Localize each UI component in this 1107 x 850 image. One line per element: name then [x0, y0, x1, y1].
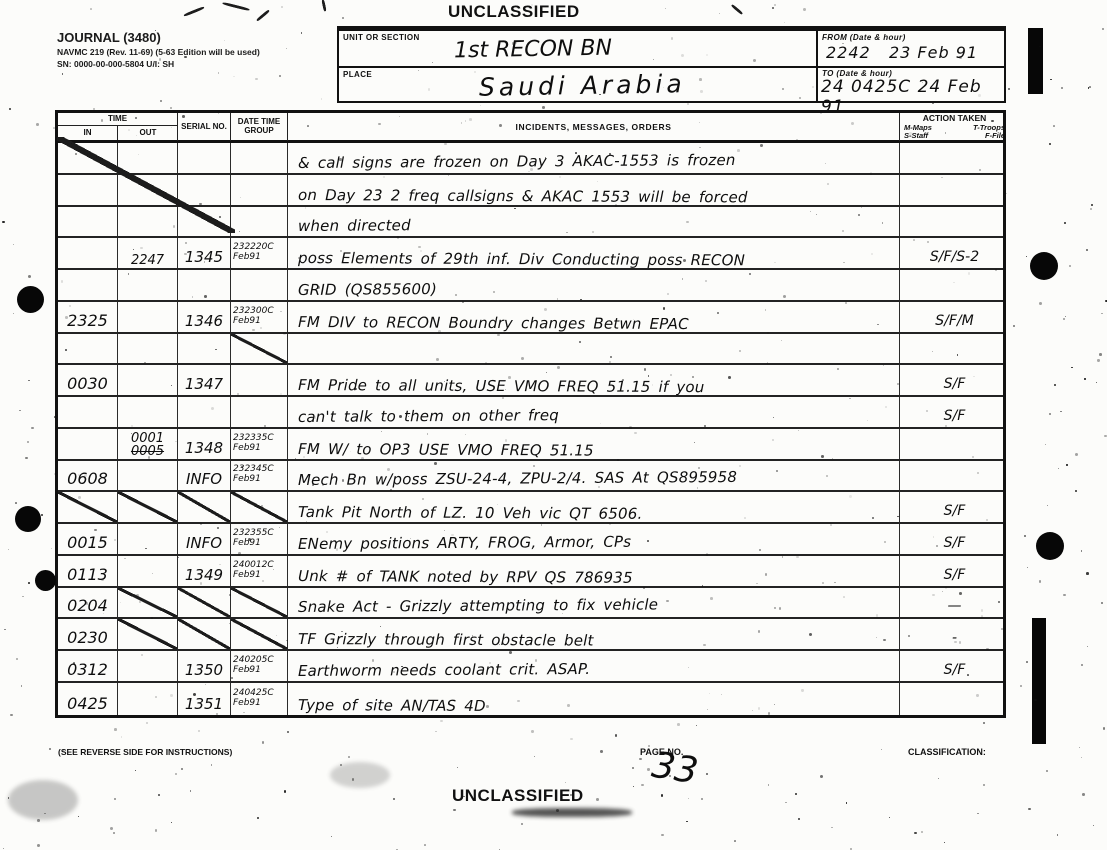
cell-date-time-group: 240012CFeb91 [231, 556, 288, 586]
cell-date-time-group: 232220CFeb91 [231, 238, 288, 268]
table-body: & call signs are frozen on Day 3 AKAC-15… [58, 143, 1003, 715]
cell-time-in: 0425 [58, 683, 118, 715]
divider-line [339, 66, 816, 68]
cell-date-time-group [231, 143, 288, 173]
cell-date-time-group [231, 492, 288, 522]
message-text: FM DIV to RECON Boundry changes Betwn EP… [298, 313, 689, 333]
cell-time-out [118, 397, 178, 427]
divider-line [818, 66, 1004, 68]
cell-time-out [118, 302, 178, 332]
cell-serial-no [178, 270, 231, 300]
message-text: Tank Pit North of LZ. 10 Veh vic QT 6506… [298, 503, 642, 523]
cell-date-time-group: 232355CFeb91 [231, 524, 288, 554]
cell-action-taken: S/F [900, 651, 1009, 681]
serial-value: 1351 [185, 695, 223, 713]
unit-section-value: 1st RECON BN [454, 36, 612, 64]
cell-time-in: 0204 [58, 588, 118, 618]
cell-date-time-group [231, 619, 288, 649]
cell-time-out [118, 365, 178, 395]
action-value: S/F [944, 408, 966, 424]
cell-message: Mech Bn w/poss ZSU-24-4, ZPU-2/4. SAS At… [288, 461, 900, 491]
message-text: on Day 23 2 freq callsigns & AKAC 1553 w… [298, 186, 748, 206]
time-in-value: 0113 [67, 565, 108, 584]
pen-scribble [183, 6, 205, 17]
from-value: 2242 23 Feb 91 [826, 43, 978, 62]
journal-row: GRID (QS855600) [58, 270, 1003, 302]
journal-row: 00010005 1348 232335CFeb91 FM W/ to OP3 … [58, 429, 1003, 461]
dtg-line2: Feb91 [233, 539, 287, 549]
cell-time-in: 0608 [58, 461, 118, 491]
time-out-value: 2247 [131, 254, 164, 267]
message-text: FM W/ to OP3 USE VMO FREQ 51.15 [298, 440, 594, 460]
hole-punch [35, 570, 56, 591]
scan-smudge [8, 780, 78, 820]
cell-message: Earthworm needs coolant crit. ASAP. [288, 651, 900, 681]
time-in-value: 0312 [67, 660, 108, 679]
cell-serial-no: 1349 [178, 556, 231, 586]
message-text: Mech Bn w/poss ZSU-24-4, ZPU-2/4. SAS At… [298, 468, 737, 489]
action-value: S/F [944, 662, 966, 678]
unit-place-column: UNIT OR SECTION 1st RECON BN PLACE Saudi… [339, 31, 818, 101]
journal-row: 0113 1349 240012CFeb91 Unk # of TANK not… [58, 556, 1003, 588]
time-in-value: 0608 [67, 469, 108, 488]
cell-time-out [118, 461, 178, 491]
cell-serial-no [178, 492, 231, 522]
cell-action-taken: S/F [900, 492, 1009, 522]
action-value: - [952, 630, 957, 646]
cell-time-in [58, 334, 118, 364]
cell-date-time-group [231, 207, 288, 237]
message-text: FM Pride to all units, USE VMO FREQ 51.1… [298, 376, 705, 396]
cell-time-in: 0030 [58, 365, 118, 395]
cell-serial-no [178, 207, 231, 237]
message-text: poss Elements of 29th inf. Div Conductin… [298, 249, 745, 269]
action-value: S/F/S-2 [930, 249, 979, 265]
cell-time-out [118, 143, 178, 173]
cell-action-taken [900, 175, 1009, 205]
message-text: can't talk to them on other freq [298, 406, 559, 426]
cell-message: TF Grizzly through first obstacle belt [288, 619, 900, 649]
cell-time-in [58, 492, 118, 522]
cell-action-taken: — [900, 588, 1009, 618]
table-header: TIME IN OUT SERIAL NO. DATE TIME GROUP I… [58, 113, 1003, 143]
place-value: Saudi Arabia [479, 69, 686, 102]
classification-banner-top: UNCLASSIFIED [448, 2, 580, 22]
instructions-note: (SEE REVERSE SIDE FOR INSTRUCTIONS) [58, 747, 232, 757]
cell-date-time-group [231, 270, 288, 300]
cell-message: GRID (QS855600) [288, 270, 900, 300]
journal-row: 0312 1350 240205CFeb91 Earthworm needs c… [58, 651, 1003, 683]
header-serial: SERIAL NO. [178, 113, 231, 141]
cell-time-out [118, 175, 178, 205]
scanned-journal-page: UNCLASSIFIED UNCLASSIFIED JOURNAL (3480)… [0, 0, 1107, 850]
scan-smudge [330, 762, 390, 788]
cell-time-in: 0015 [58, 524, 118, 554]
cell-time-out [118, 619, 178, 649]
header-incidents: INCIDENTS, MESSAGES, ORDERS [288, 113, 900, 141]
page-number-value: 33 [649, 745, 701, 793]
scan-edge-artifact [1032, 618, 1046, 744]
cell-serial-no [178, 397, 231, 427]
cell-time-out [118, 207, 178, 237]
hole-punch [17, 286, 44, 313]
cell-action-taken [900, 143, 1009, 173]
cell-date-time-group: 232345CFeb91 [231, 461, 288, 491]
time-out-value: 0001 [131, 432, 164, 445]
unit-section-label: UNIT OR SECTION [343, 33, 420, 42]
cell-message: Unk # of TANK noted by RPV QS 786935 [288, 556, 900, 586]
cell-action-taken: S/F/M [900, 302, 1009, 332]
form-title: JOURNAL (3480) [57, 30, 332, 45]
hole-punch [1030, 252, 1058, 280]
dtg-line2: Feb91 [233, 317, 287, 327]
cell-time-in [58, 238, 118, 268]
time-in-value: 0030 [67, 374, 108, 393]
journal-row: 2325 1346 232300CFeb91 FM DIV to RECON B… [58, 302, 1003, 334]
from-to-column: FROM (Date & hour) 2242 23 Feb 91 TO (Da… [818, 31, 1004, 101]
header-action-taken: ACTION TAKEN M-Maps T-Troops S-Staff F-F… [900, 113, 1009, 141]
cell-action-taken: S/F [900, 365, 1009, 395]
cell-serial-no: 1351 [178, 683, 231, 715]
action-value: S/F [944, 376, 966, 392]
message-text: Earthworm needs coolant crit. ASAP. [298, 660, 590, 680]
header-time: TIME IN OUT [58, 113, 178, 141]
cell-message: Type of site AN/TAS 4D [288, 683, 900, 715]
header-time-out: OUT [118, 126, 178, 140]
serial-value: 1348 [185, 439, 223, 457]
cell-time-out [118, 270, 178, 300]
legend-staff: S-Staff [904, 132, 928, 141]
pen-scribble [222, 2, 250, 12]
journal-row: when directed [58, 207, 1003, 239]
cell-time-out [118, 588, 178, 618]
cell-message: FM DIV to RECON Boundry changes Betwn EP… [288, 302, 900, 332]
classification-banner-bottom: UNCLASSIFIED [452, 786, 584, 806]
cell-action-taken [900, 429, 1009, 459]
action-value: S/F [944, 503, 966, 519]
message-text: GRID (QS855600) [298, 280, 437, 299]
serial-value: 1350 [185, 661, 223, 679]
dtg-line2: Feb91 [233, 699, 287, 709]
header-box: UNIT OR SECTION 1st RECON BN PLACE Saudi… [337, 26, 1006, 103]
message-text: when directed [298, 216, 411, 235]
cell-serial-no: 1347 [178, 365, 231, 395]
journal-row: 0030 1347 FM Pride to all units, USE VMO… [58, 365, 1003, 397]
cell-action-taken: S/F [900, 556, 1009, 586]
cell-time-out [118, 492, 178, 522]
journal-row: can't talk to them on other freq S/F [58, 397, 1003, 429]
time-in-value: 2325 [67, 311, 108, 330]
cell-date-time-group: 240425CFeb91 [231, 683, 288, 715]
cell-message: can't talk to them on other freq [288, 397, 900, 427]
cell-serial-no: 1345 [178, 238, 231, 268]
time-out-struck-value: 0005 [131, 445, 164, 458]
form-subtitle: NAVMC 219 (Rev. 11-69) (5-63 Edition wil… [57, 47, 332, 57]
cell-action-taken: S/F [900, 524, 1009, 554]
cell-action-taken [900, 270, 1009, 300]
cell-message: ENemy positions ARTY, FROG, Armor, CPs [288, 524, 900, 554]
cell-date-time-group [231, 397, 288, 427]
cell-message: poss Elements of 29th inf. Div Conductin… [288, 238, 900, 268]
header-time-label: TIME [58, 113, 177, 126]
cell-time-in: 0230 [58, 619, 118, 649]
message-text: Snake Act - Grizzly attempting to fix ve… [298, 596, 658, 617]
pen-scribble [256, 9, 270, 22]
cell-time-in: 2325 [58, 302, 118, 332]
check-mark [731, 4, 744, 15]
journal-row: on Day 23 2 freq callsigns & AKAC 1553 w… [58, 175, 1003, 207]
message-text: ENemy positions ARTY, FROG, Armor, CPs [298, 532, 631, 552]
cell-date-time-group: 232335CFeb91 [231, 429, 288, 459]
cell-action-taken [900, 334, 1009, 364]
cell-action-taken: S/F/S-2 [900, 238, 1009, 268]
journal-table: TIME IN OUT SERIAL NO. DATE TIME GROUP I… [55, 110, 1006, 718]
cell-message: FM Pride to all units, USE VMO FREQ 51.1… [288, 365, 900, 395]
cell-date-time-group: 240205CFeb91 [231, 651, 288, 681]
action-value: S/F [944, 535, 966, 551]
header-date-time-group: DATE TIME GROUP [231, 113, 288, 141]
cell-time-in [58, 270, 118, 300]
cell-serial-no: 1348 [178, 429, 231, 459]
cell-serial-no [178, 334, 231, 364]
header-time-in: IN [58, 126, 118, 140]
cell-time-in [58, 397, 118, 427]
cell-message [288, 334, 900, 364]
form-id-block: JOURNAL (3480) NAVMC 219 (Rev. 11-69) (5… [57, 30, 332, 69]
time-in-value: 0425 [67, 694, 108, 713]
cell-action-taken: S/F [900, 397, 1009, 427]
message-text: & call signs are frozen on Day 3 AKAC-15… [298, 151, 736, 172]
cell-time-out [118, 651, 178, 681]
dtg-line2: Feb91 [233, 571, 287, 581]
cell-time-out: 2247 [118, 238, 178, 268]
place-label: PLACE [343, 70, 372, 79]
classification-label: CLASSIFICATION: [908, 747, 986, 757]
cell-date-time-group: 232300CFeb91 [231, 302, 288, 332]
cell-serial-no [178, 143, 231, 173]
dtg-line2: Feb91 [233, 253, 287, 263]
legend-file: F-File [985, 132, 1005, 141]
cell-date-time-group [231, 588, 288, 618]
cell-time-in: 0113 [58, 556, 118, 586]
scan-edge-artifact [1028, 28, 1043, 94]
time-in-value: 0015 [67, 533, 108, 552]
journal-row: 0425 1351 240425CFeb91 Type of site AN/T… [58, 683, 1003, 715]
cell-serial-no [178, 619, 231, 649]
cell-time-in [58, 175, 118, 205]
journal-row: Tank Pit North of LZ. 10 Veh vic QT 6506… [58, 492, 1003, 524]
hole-punch [1036, 532, 1064, 560]
cell-time-out: 00010005 [118, 429, 178, 459]
serial-value: INFO [186, 470, 222, 488]
action-value: — [948, 598, 962, 614]
serial-value: 1347 [185, 375, 223, 393]
journal-row: 0015 INFO 232355CFeb91 ENemy positions A… [58, 524, 1003, 556]
cell-time-in: 0312 [58, 651, 118, 681]
cell-time-in [58, 207, 118, 237]
cell-time-in [58, 143, 118, 173]
dtg-line2: Feb91 [233, 444, 287, 454]
pen-scribble [321, 0, 326, 12]
serial-value: 1345 [185, 248, 223, 266]
from-label: FROM (Date & hour) [822, 33, 906, 42]
cell-action-taken [900, 683, 1009, 715]
action-value: S/F [944, 567, 966, 583]
message-text: Type of site AN/TAS 4D [298, 696, 486, 715]
cell-serial-no: INFO [178, 461, 231, 491]
dtg-line2: Feb91 [233, 666, 287, 676]
cell-serial-no [178, 175, 231, 205]
message-text: TF Grizzly through first obstacle belt [298, 630, 594, 650]
cell-message: Tank Pit North of LZ. 10 Veh vic QT 6506… [288, 492, 900, 522]
form-stock-number: SN: 0000-00-000-5804 U/I: SH [57, 59, 332, 69]
cell-action-taken [900, 461, 1009, 491]
journal-row [58, 334, 1003, 366]
cell-time-in [58, 429, 118, 459]
journal-row: & call signs are frozen on Day 3 AKAC-15… [58, 143, 1003, 175]
cell-time-out [118, 556, 178, 586]
time-in-value: 0230 [67, 628, 108, 647]
message-text: Unk # of TANK noted by RPV QS 786935 [298, 567, 633, 587]
cell-time-out [118, 524, 178, 554]
cell-time-out [118, 334, 178, 364]
hole-punch [15, 506, 41, 532]
cell-date-time-group [231, 175, 288, 205]
cell-action-taken [900, 207, 1009, 237]
dtg-line2: Feb91 [233, 475, 287, 485]
journal-row: 0230 TF Grizzly through first obstacle b… [58, 619, 1003, 651]
time-in-value: 0204 [67, 596, 108, 615]
cell-message: FM W/ to OP3 USE VMO FREQ 51.15 [288, 429, 900, 459]
cell-message: Snake Act - Grizzly attempting to fix ve… [288, 588, 900, 618]
cell-message: & call signs are frozen on Day 3 AKAC-15… [288, 143, 900, 173]
journal-row: 2247 1345 232220CFeb91 poss Elements of … [58, 238, 1003, 270]
cell-date-time-group [231, 334, 288, 364]
cell-serial-no [178, 588, 231, 618]
serial-value: 1349 [185, 566, 223, 584]
journal-row: 0204 Snake Act - Grizzly attempting to f… [58, 588, 1003, 620]
cell-time-out [118, 683, 178, 715]
serial-value: INFO [186, 534, 222, 552]
cell-message: on Day 23 2 freq callsigns & AKAC 1553 w… [288, 175, 900, 205]
cell-action-taken: - [900, 619, 1009, 649]
scan-smudge [512, 808, 632, 817]
serial-value: 1346 [185, 312, 223, 330]
action-value: S/F/M [935, 313, 973, 329]
cell-date-time-group [231, 365, 288, 395]
cell-serial-no: 1350 [178, 651, 231, 681]
cell-serial-no: INFO [178, 524, 231, 554]
cell-message: when directed [288, 207, 900, 237]
cell-serial-no: 1346 [178, 302, 231, 332]
journal-row: 0608 INFO 232345CFeb91 Mech Bn w/poss ZS… [58, 461, 1003, 493]
